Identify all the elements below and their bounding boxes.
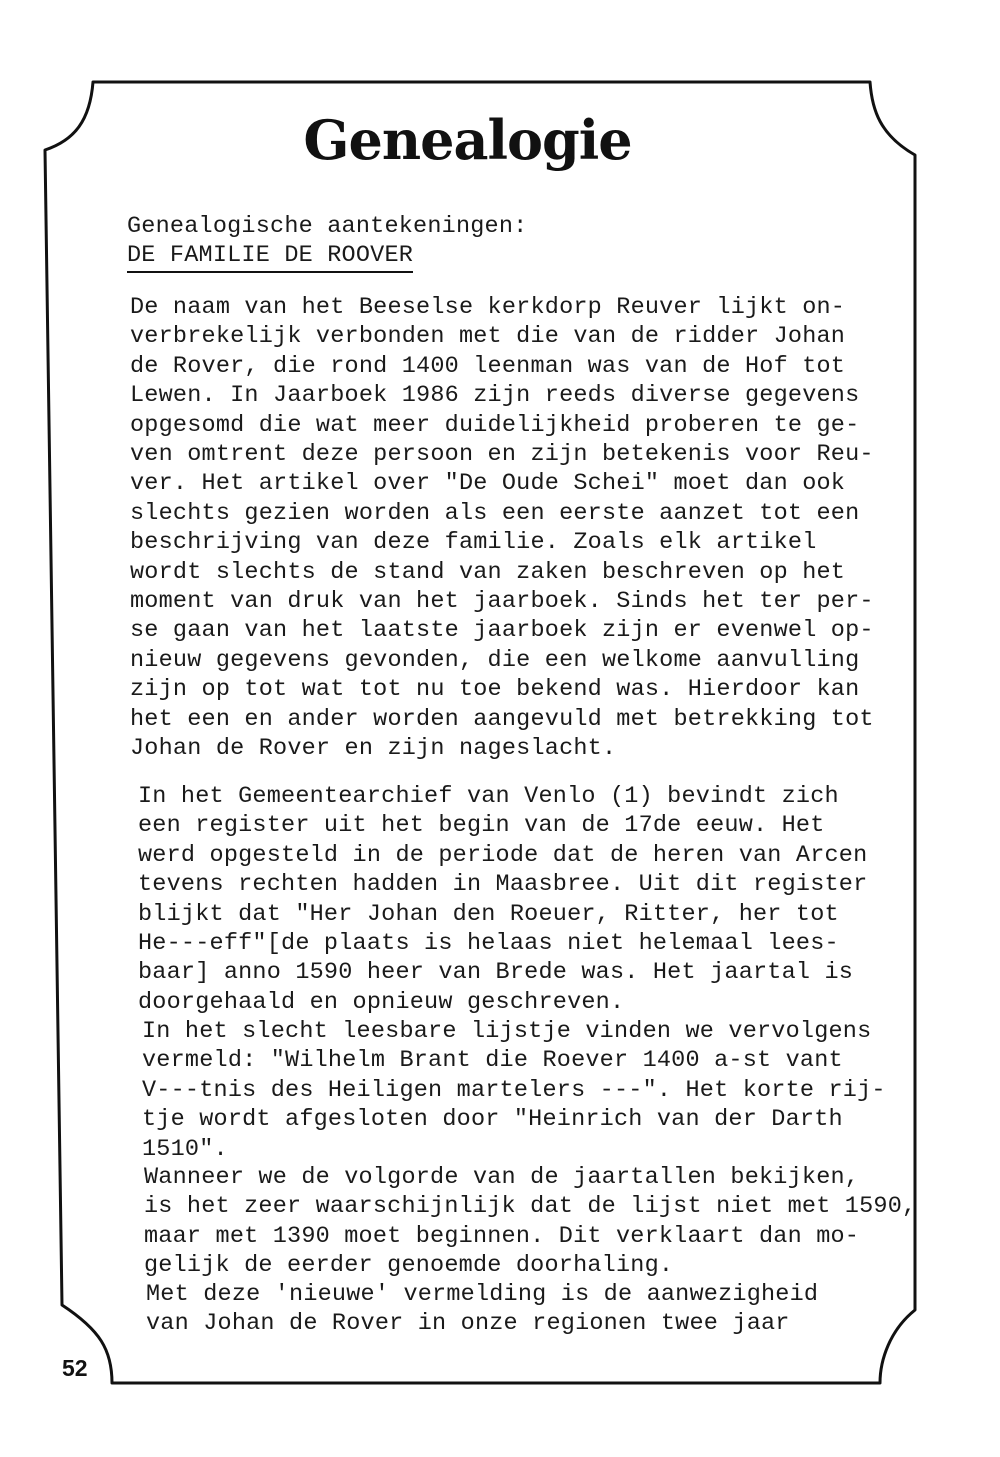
paragraph-list: In het slecht leesbare lijstje vinden we…	[142, 1017, 886, 1164]
page-title: Genealogie	[0, 108, 935, 172]
text-line: moment van druk van het jaarboek. Sinds …	[130, 587, 874, 616]
text-line: tje wordt afgesloten door "Heinrich van …	[142, 1105, 886, 1134]
text-line: een register uit het begin van de 17de e…	[138, 811, 867, 840]
article-header: Genealogische aantekeningen: DE FAMILIE …	[127, 212, 527, 273]
text-line: het een en ander worden aangevuld met be…	[130, 705, 874, 734]
text-line: tevens rechten hadden in Maasbree. Uit d…	[138, 870, 867, 899]
article-heading: DE FAMILIE DE ROOVER	[127, 241, 413, 273]
text-line: slechts gezien worden als een eerste aan…	[130, 499, 874, 528]
text-line: He---eff"[de plaats is helaas niet helem…	[138, 929, 867, 958]
text-line: se gaan van het laatste jaarboek zijn er…	[130, 616, 874, 645]
text-line: Met deze 'nieuwe' vermelding is de aanwe…	[146, 1280, 818, 1309]
paragraph-conclusion: Met deze 'nieuwe' vermelding is de aanwe…	[146, 1280, 818, 1339]
text-line: vermeld: "Wilhelm Brant die Roever 1400 …	[142, 1046, 886, 1075]
text-line: In het Gemeentearchief van Venlo (1) bev…	[138, 782, 867, 811]
text-line: nieuw gegevens gevonden, die een welkome…	[130, 646, 874, 675]
text-line: blijkt dat "Her Johan den Roeuer, Ritter…	[138, 900, 867, 929]
text-line: Johan de Rover en zijn nageslacht.	[130, 734, 874, 763]
paragraph-intro: De naam van het Beeselse kerkdorp Reuver…	[130, 293, 874, 764]
text-line: ver. Het artikel over "De Oude Schei" mo…	[130, 469, 874, 498]
paragraph-venlo-archive: In het Gemeentearchief van Venlo (1) bev…	[138, 782, 867, 1017]
text-line: doorgehaald en opnieuw geschreven.	[138, 988, 867, 1017]
text-line: De naam van het Beeselse kerkdorp Reuver…	[130, 293, 874, 322]
text-line: beschrijving van deze familie. Zoals elk…	[130, 528, 874, 557]
text-line: Lewen. In Jaarboek 1986 zijn reeds diver…	[130, 381, 874, 410]
text-line: verbrekelijk verbonden met die van de ri…	[130, 322, 874, 351]
text-line: van Johan de Rover in onze regionen twee…	[146, 1309, 818, 1338]
text-line: maar met 1390 moet beginnen. Dit verklaa…	[144, 1222, 916, 1251]
text-line: de Rover, die rond 1400 leenman was van …	[130, 352, 874, 381]
text-line: is het zeer waarschijnlijk dat de lijst …	[144, 1192, 916, 1221]
text-line: 1510".	[142, 1135, 886, 1164]
paragraph-dates: Wanneer we de volgorde van de jaartallen…	[144, 1163, 916, 1281]
text-line: baar] anno 1590 heer van Brede was. Het …	[138, 958, 867, 987]
text-line: zijn op tot wat tot nu toe bekend was. H…	[130, 675, 874, 704]
page-number: 52	[62, 1355, 88, 1382]
text-line: ven omtrent deze persoon en zijn beteken…	[130, 440, 874, 469]
text-line: gelijk de eerder genoemde doorhaling.	[144, 1251, 916, 1280]
text-line: V---tnis des Heiligen martelers ---". He…	[142, 1076, 886, 1105]
text-line: Wanneer we de volgorde van de jaartallen…	[144, 1163, 916, 1192]
text-line: wordt slechts de stand van zaken beschre…	[130, 558, 874, 587]
text-line: werd opgesteld in de periode dat de here…	[138, 841, 867, 870]
article-subtitle: Genealogische aantekeningen:	[127, 212, 527, 241]
text-line: opgesomd die wat meer duidelijkheid prob…	[130, 411, 874, 440]
text-line: In het slecht leesbare lijstje vinden we…	[142, 1017, 886, 1046]
